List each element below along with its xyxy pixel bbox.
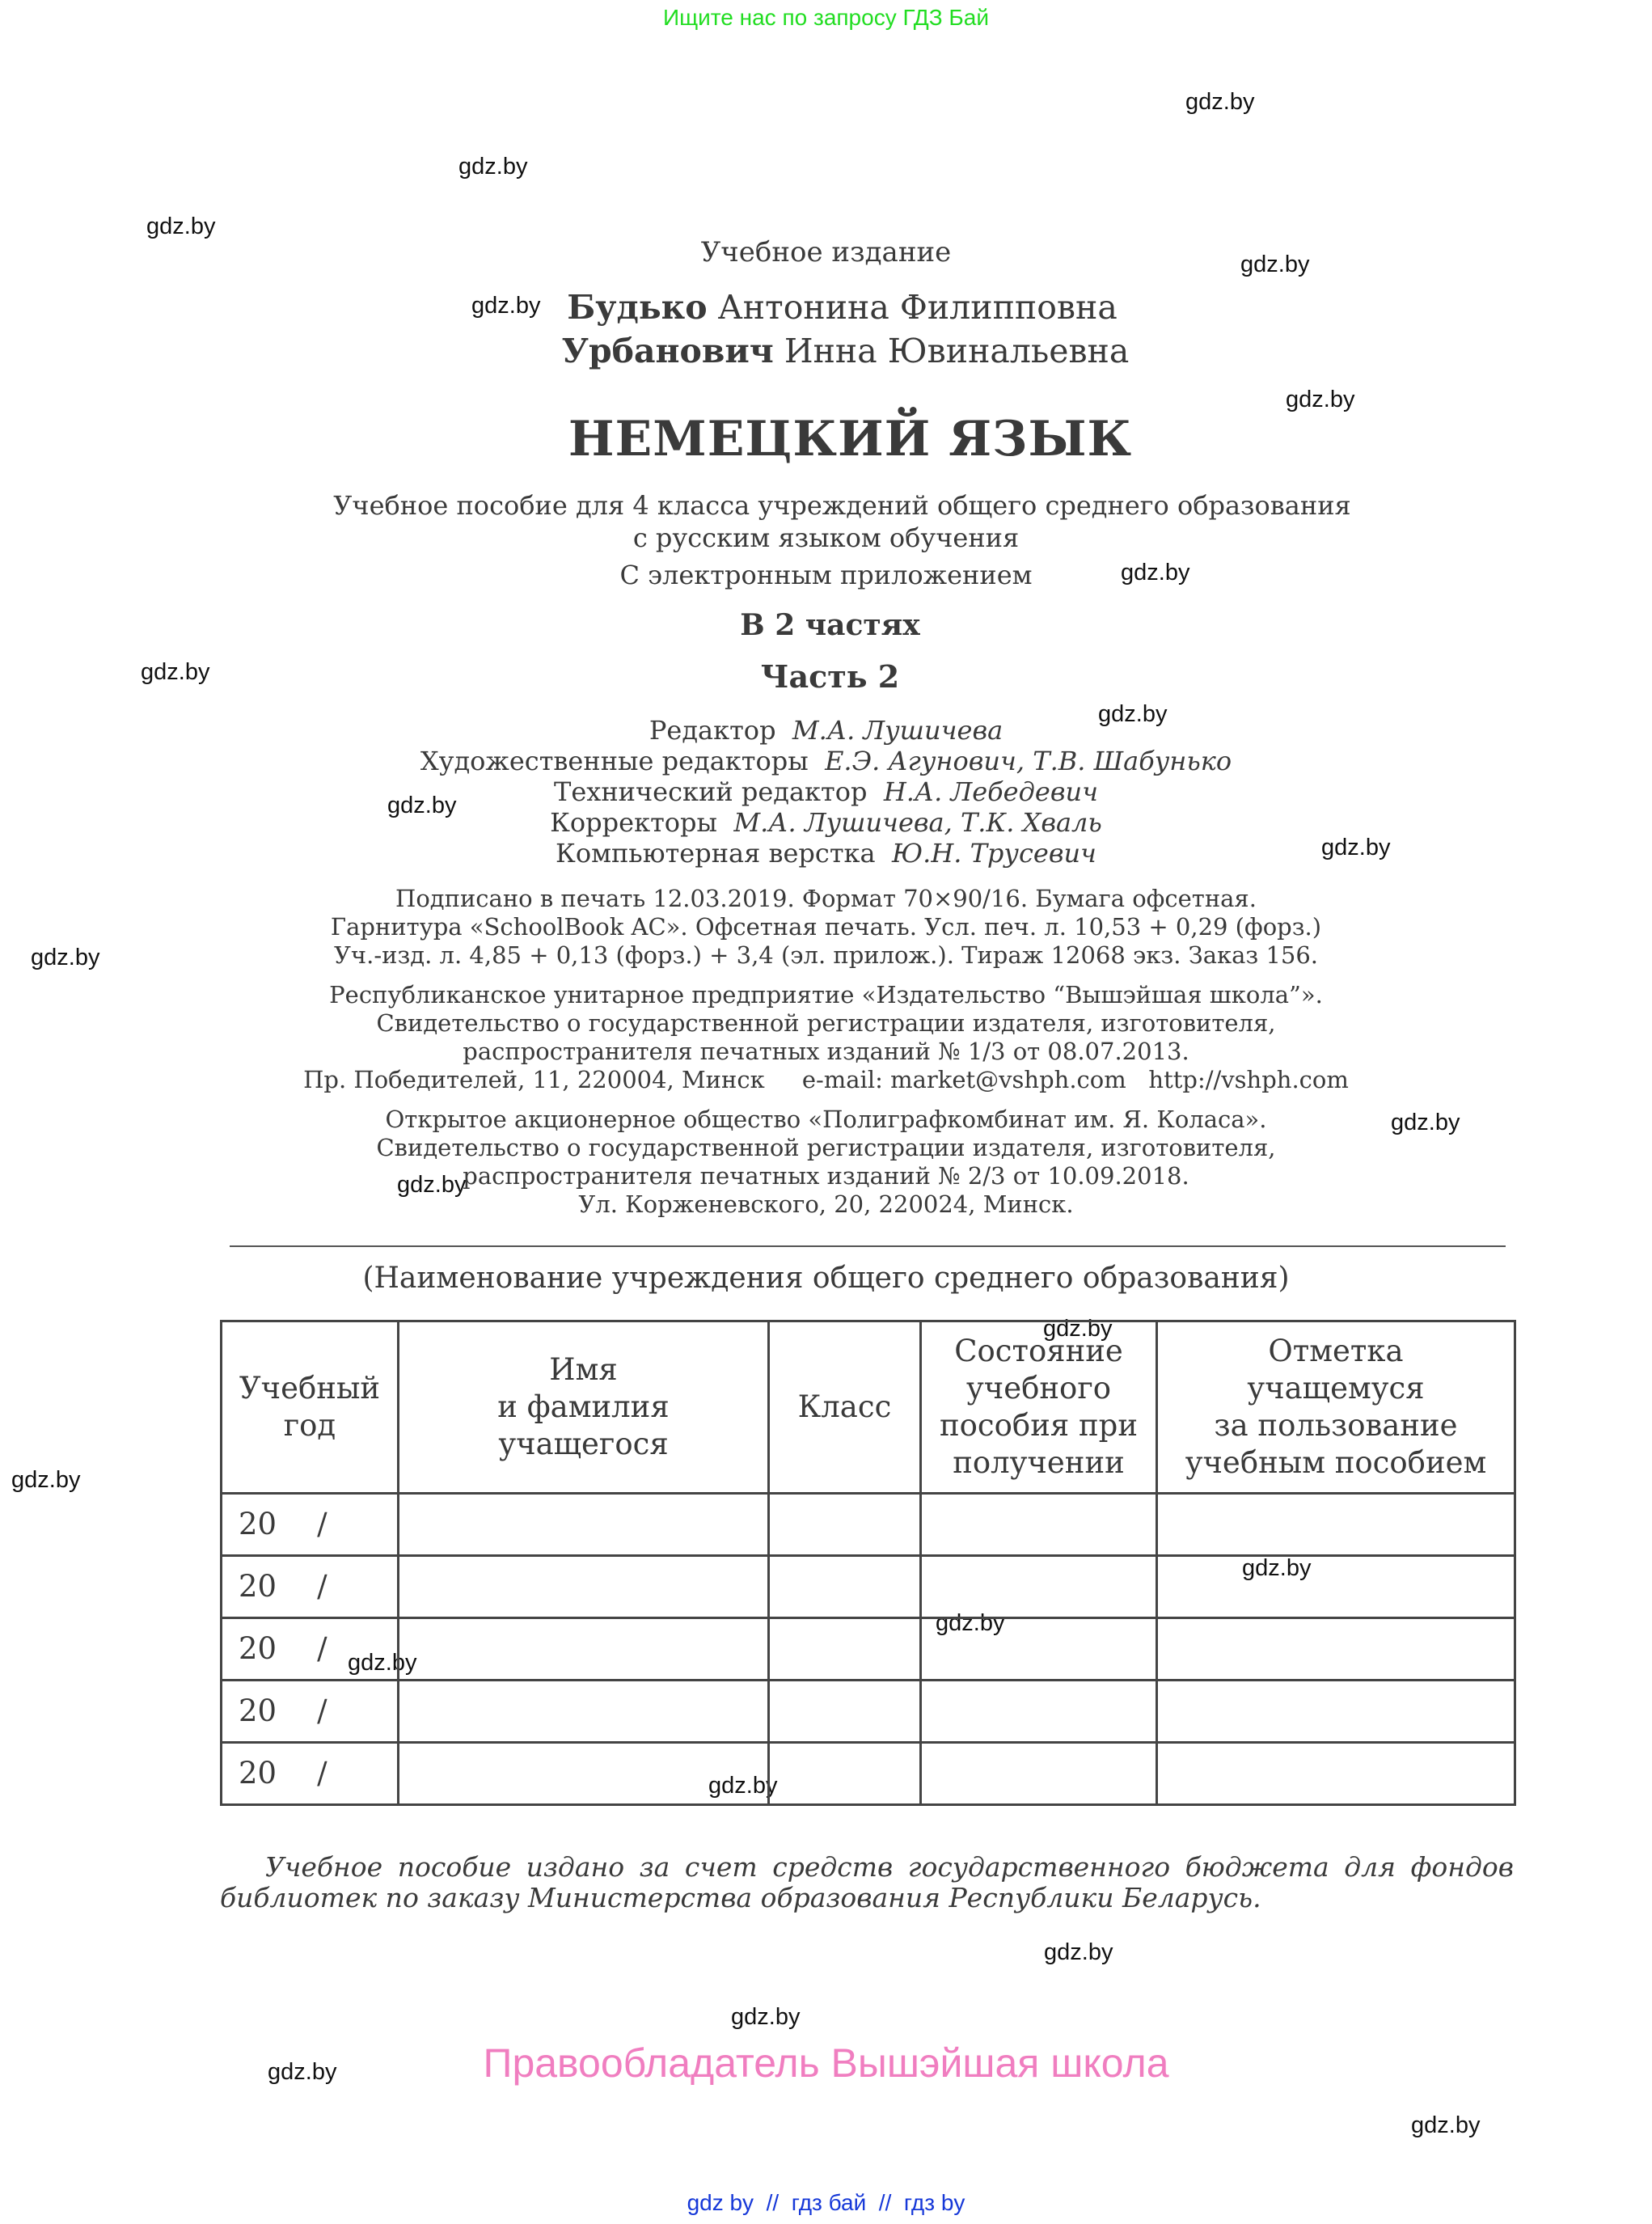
printer-line-3: распространителя печатных изданий № 2/3 … bbox=[0, 1162, 1652, 1190]
credit-role: Компьютерная верстка bbox=[556, 838, 876, 869]
table-row: 20/ bbox=[222, 1618, 1515, 1681]
year-prefix: 20 bbox=[239, 1507, 277, 1541]
table-row: 20/ bbox=[222, 1743, 1515, 1805]
credit-people: М.А. Лушичева bbox=[792, 715, 1003, 746]
imprint-print-line-1: Подписано в печать 12.03.2019. Формат 70… bbox=[0, 885, 1652, 912]
subtitle-line-2: с русским языком обучения bbox=[0, 522, 1652, 553]
edition-label: Учебное издание bbox=[0, 236, 1652, 268]
publisher-line-2: Свидетельство о государственной регистра… bbox=[0, 1009, 1652, 1037]
printer-address: Ул. Корженевского, 20, 220024, Минск. bbox=[0, 1190, 1652, 1218]
author-2: Урбанович Инна Ювинальевна bbox=[19, 332, 1652, 370]
credit-tech-editor: Технический редактор Н.А. Лебедевич bbox=[0, 776, 1652, 807]
author-2-name: Инна Ювинальевна bbox=[784, 332, 1129, 370]
textbook-usage-table: Учебный год Имя и фамилия учащегося Клас… bbox=[220, 1320, 1516, 1806]
imprint-print-line-2: Гарнитура «SchoolBook AC». Офсетная печа… bbox=[0, 913, 1652, 941]
name-cell[interactable] bbox=[399, 1743, 769, 1805]
publisher-address: Пр. Победителей, 11, 220004, Минск bbox=[303, 1066, 765, 1093]
class-cell[interactable] bbox=[769, 1618, 921, 1681]
table-row: 20/ bbox=[222, 1494, 1515, 1556]
school-year-cell[interactable]: 20/ bbox=[222, 1494, 399, 1556]
condition-cell[interactable] bbox=[921, 1556, 1157, 1618]
watermark: gdz.by bbox=[458, 154, 527, 180]
credit-people: Ю.Н. Трусевич bbox=[892, 838, 1096, 869]
header-student-name: Имя и фамилия учащегося bbox=[399, 1321, 769, 1494]
credit-people: Е.Э. Агунович, Т.В. Шабунько bbox=[825, 746, 1232, 776]
year-prefix: 20 bbox=[239, 1756, 277, 1791]
school-year-cell[interactable]: 20/ bbox=[222, 1556, 399, 1618]
top-search-banner: Ищите нас по запросу ГДЗ Бай bbox=[0, 5, 1652, 31]
year-slash: / bbox=[317, 1568, 327, 1605]
institution-caption: (Наименование учреждения общего среднего… bbox=[0, 1262, 1652, 1295]
year-prefix: 20 bbox=[239, 1693, 277, 1728]
credit-role: Редактор bbox=[649, 715, 776, 746]
printer-line-1: Открытое акционерное общество «Полиграфк… bbox=[0, 1106, 1652, 1133]
year-slash: / bbox=[317, 1755, 327, 1792]
publisher-line-1: Республиканское унитарное предприятие «И… bbox=[0, 981, 1652, 1008]
imprint-print-line-3: Уч.-изд. л. 4,85 + 0,13 (форз.) + 3,4 (э… bbox=[0, 941, 1652, 969]
school-year-cell[interactable]: 20/ bbox=[222, 1618, 399, 1681]
funding-note: Учебное пособие издано за счет средств г… bbox=[220, 1852, 1514, 1913]
publisher-line-3: распространителя печатных изданий № 1/3 … bbox=[0, 1038, 1652, 1065]
class-cell[interactable] bbox=[769, 1681, 921, 1743]
mark-cell[interactable] bbox=[1157, 1556, 1515, 1618]
condition-cell[interactable] bbox=[921, 1494, 1157, 1556]
credit-editor: Редактор М.А. Лушичева bbox=[0, 715, 1652, 746]
credit-proofreaders: Корректоры М.А. Лушичева, Т.К. Хваль bbox=[0, 807, 1652, 838]
publisher-contacts: Пр. Победителей, 11, 220004, Минск e-mai… bbox=[0, 1066, 1652, 1093]
mark-cell[interactable] bbox=[1157, 1494, 1515, 1556]
institution-name-line bbox=[230, 1245, 1506, 1247]
name-cell[interactable] bbox=[399, 1681, 769, 1743]
part-number: Часть 2 bbox=[4, 658, 1652, 695]
publisher-email: e-mail: market@vshph.com bbox=[802, 1066, 1126, 1093]
credit-people: М.А. Лушичева, Т.К. Хваль bbox=[733, 807, 1102, 838]
credit-art-editors: Художественные редакторы Е.Э. Агунович, … bbox=[0, 746, 1652, 776]
school-year-cell[interactable]: 20/ bbox=[222, 1681, 399, 1743]
credit-role: Технический редактор bbox=[554, 776, 867, 807]
watermark: gdz.by bbox=[731, 2004, 800, 2031]
mark-cell[interactable] bbox=[1157, 1618, 1515, 1681]
book-title: НЕМЕЦКИЙ ЯЗЫК bbox=[24, 411, 1652, 467]
author-2-surname: Урбанович bbox=[562, 332, 774, 370]
condition-cell[interactable] bbox=[921, 1681, 1157, 1743]
year-slash: / bbox=[317, 1630, 327, 1668]
year-prefix: 20 bbox=[239, 1631, 277, 1666]
name-cell[interactable] bbox=[399, 1618, 769, 1681]
condition-cell[interactable] bbox=[921, 1618, 1157, 1681]
author-1-surname: Будько bbox=[567, 288, 707, 327]
electronic-supplement-note: С электронным приложением bbox=[0, 560, 1652, 590]
header-mark: Отметка учащемуся за пользование учебным… bbox=[1157, 1321, 1515, 1494]
subtitle-line-1: Учебное пособие для 4 класса учреждений … bbox=[16, 490, 1652, 521]
header-class: Класс bbox=[769, 1321, 921, 1494]
class-cell[interactable] bbox=[769, 1556, 921, 1618]
class-cell[interactable] bbox=[769, 1743, 921, 1805]
class-cell[interactable] bbox=[769, 1494, 921, 1556]
watermark: gdz.by bbox=[1411, 2112, 1480, 2139]
year-slash: / bbox=[317, 1506, 327, 1543]
year-slash: / bbox=[317, 1693, 327, 1730]
condition-cell[interactable] bbox=[921, 1743, 1157, 1805]
printer-line-2: Свидетельство о государственной регистра… bbox=[0, 1134, 1652, 1161]
credit-layout: Компьютерная верстка Ю.Н. Трусевич bbox=[0, 838, 1652, 869]
school-year-cell[interactable]: 20/ bbox=[222, 1743, 399, 1805]
author-1-name: Антонина Филипповна bbox=[718, 288, 1118, 327]
footer-links[interactable]: gdz by // гдз бай // гдз by bbox=[0, 2190, 1652, 2216]
header-condition: Состояние учебного пособия при получении bbox=[921, 1321, 1157, 1494]
name-cell[interactable] bbox=[399, 1494, 769, 1556]
credit-role: Корректоры bbox=[550, 807, 717, 838]
watermark: gdz.by bbox=[1286, 387, 1354, 413]
mark-cell[interactable] bbox=[1157, 1681, 1515, 1743]
credit-role: Художественные редакторы bbox=[420, 746, 809, 776]
watermark: gdz.by bbox=[1044, 1939, 1113, 1966]
parts-total: В 2 частях bbox=[4, 608, 1652, 642]
publisher-site: http://vshph.com bbox=[1148, 1066, 1348, 1093]
table-row: 20/ bbox=[222, 1681, 1515, 1743]
author-1: Будько Антонина Филипповна bbox=[16, 288, 1652, 327]
table-row: 20/ bbox=[222, 1556, 1515, 1618]
name-cell[interactable] bbox=[399, 1556, 769, 1618]
mark-cell[interactable] bbox=[1157, 1743, 1515, 1805]
watermark: gdz.by bbox=[11, 1467, 80, 1494]
credit-people: Н.А. Лебедевич bbox=[884, 776, 1098, 807]
watermark: gdz.by bbox=[1185, 89, 1254, 116]
header-school-year: Учебный год bbox=[222, 1321, 399, 1494]
table-header-row: Учебный год Имя и фамилия учащегося Клас… bbox=[222, 1321, 1515, 1494]
year-prefix: 20 bbox=[239, 1569, 277, 1604]
copyright-owner: Правообладатель Вышэйшая школа bbox=[0, 2040, 1652, 2087]
